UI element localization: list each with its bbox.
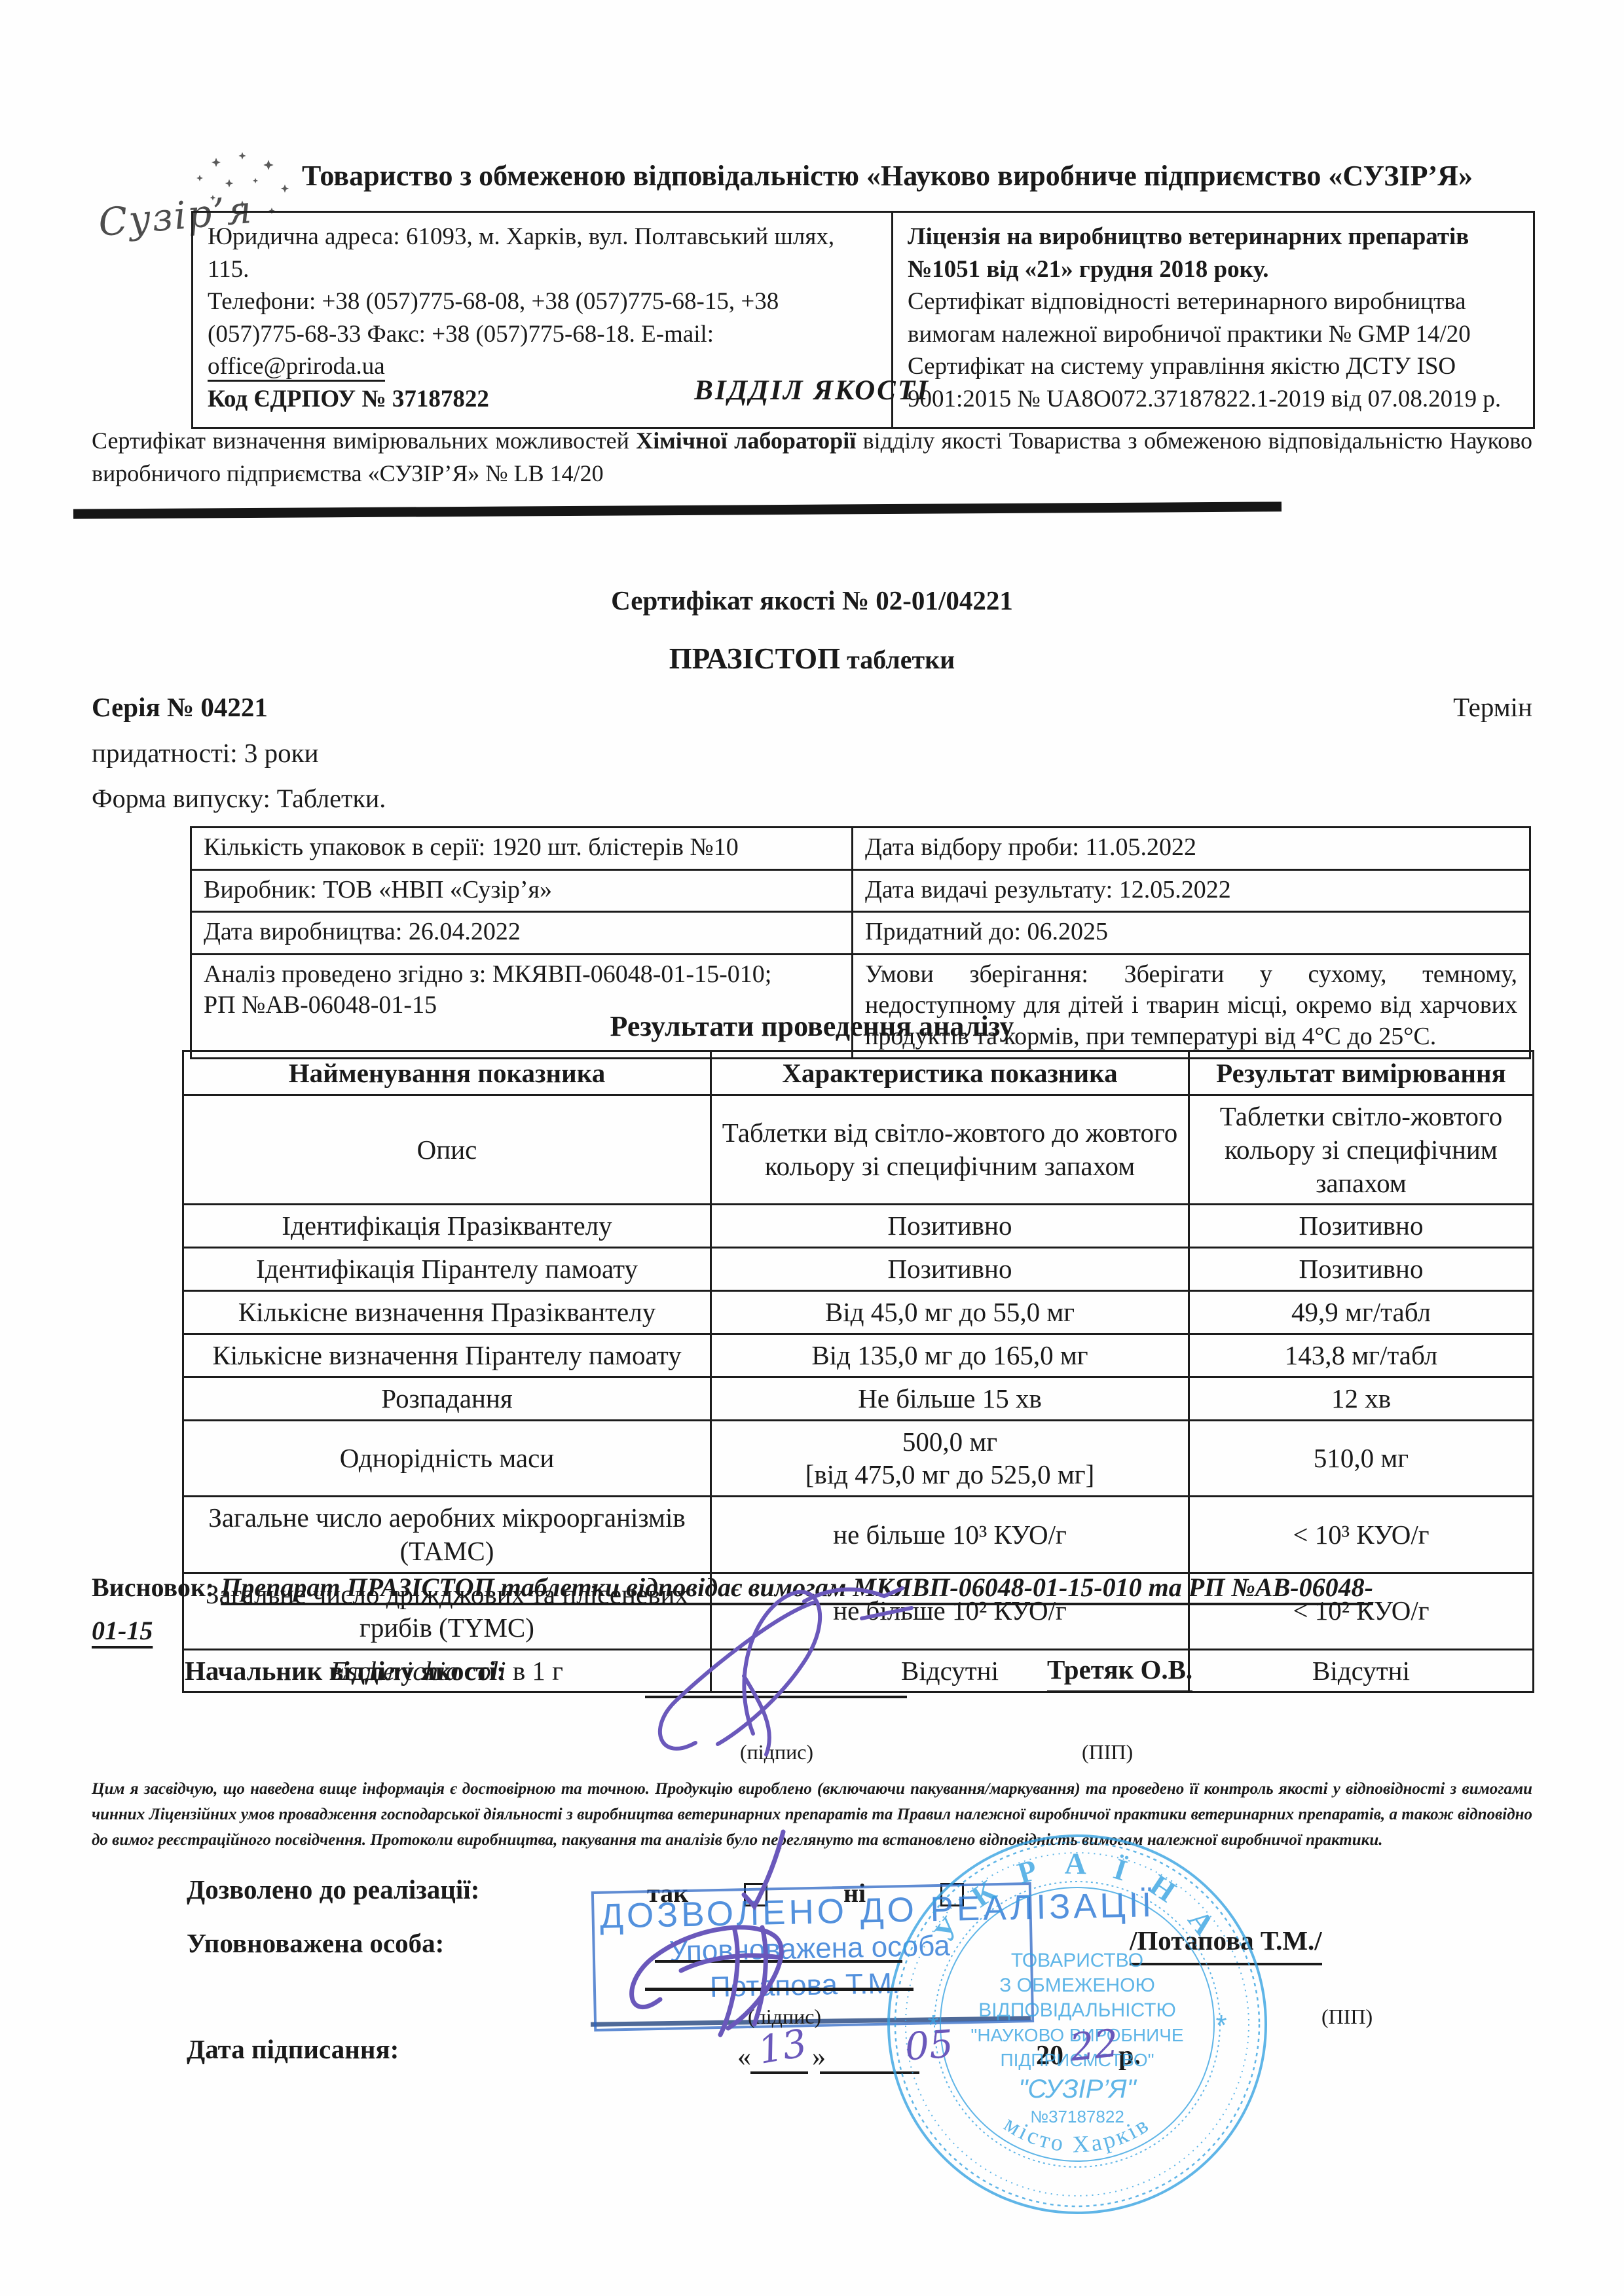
stamp-line3: Потапова Т.М. (710, 1967, 900, 2004)
product-form: таблетки (840, 645, 955, 674)
company-address: Юридична адреса: 61093, м. Харків, вул. … (208, 221, 877, 285)
table-cell: 12 хв (1189, 1377, 1534, 1420)
quality-dept-title: ВІДДІЛ ЯКОСТІ (92, 374, 1532, 407)
allowed-for-sale-label: Дозволено до реалізації: (187, 1874, 479, 1905)
ecoli-name-rest: в 1 г (506, 1656, 563, 1686)
certificate-title: Сертифікат якості № 02-01/04221 (92, 585, 1532, 616)
column-header: Результат вимірювання (1189, 1051, 1534, 1095)
table-cell: Таблетки від світло-жовтого до жовтого к… (711, 1095, 1189, 1205)
table-row: Кількість упаковок в серії: 1920 шт. блі… (191, 828, 1530, 870)
series-number: Серія № 04221 (92, 691, 268, 723)
chief-label: Начальник відділу якості: (185, 1655, 506, 1686)
signature-caption: (підпис) (740, 1740, 813, 1764)
table-row: Ідентифікація Празіквантелу Позитивно По… (183, 1205, 1534, 1248)
quote-close: » (812, 2041, 826, 2073)
table-row: Опис Таблетки від світло-жовтого до жовт… (183, 1095, 1534, 1205)
table-cell: Кількісне визначення Празіквантелу (183, 1291, 711, 1334)
table-cell: Однорідність маси (183, 1420, 711, 1497)
table-cell: Кількісне визначення Пірантелу памоату (183, 1334, 711, 1377)
name-caption: (ПІП) (1321, 2005, 1373, 2029)
table-cell: < 10³ КУО/г (1189, 1497, 1534, 1573)
table-cell: 143,8 мг/табл (1189, 1334, 1534, 1377)
product-title: ПРАЗІСТОП таблетки (92, 642, 1532, 676)
seal-edrpou: №37187822 (1030, 2107, 1124, 2126)
measurement-cert-paragraph: Сертифікат визначення вимірювальних можл… (92, 424, 1532, 490)
table-cell: 500,0 мг [від 475,0 мг до 525,0 мг] (711, 1420, 1189, 1497)
table-cell: Ідентифікація Празіквантелу (183, 1205, 711, 1248)
handwritten-year: 22 (1068, 2020, 1121, 2069)
quote-open: « (737, 2041, 751, 2073)
table-row: Ідентифікація Пірантелу памоату Позитивн… (183, 1248, 1534, 1291)
product-name: ПРАЗІСТОП (669, 642, 840, 675)
table-cell: Кількість упаковок в серії: 1920 шт. блі… (191, 828, 853, 870)
table-cell: Ідентифікація Пірантелу памоату (183, 1248, 711, 1291)
table-cell: Дата відбору проби: 11.05.2022 (853, 828, 1530, 870)
table-cell: Дата видачі результату: 12.05.2022 (853, 869, 1530, 912)
phones-text: Телефони: +38 (057)775-68-08, +38 (057)7… (208, 288, 779, 348)
authorized-signature-line (655, 1960, 902, 1963)
table-row: Однорідність маси 500,0 мг [від 475,0 мг… (183, 1420, 1534, 1497)
measure-bold: Хімічної лабораторії (636, 428, 856, 454)
seal-country-text: У К Р А Ї Н А (927, 1847, 1227, 1948)
table-cell: 510,0 мг (1189, 1420, 1534, 1497)
table-cell: Позитивно (1189, 1248, 1534, 1291)
authorized-person-label: Уповноважена особа: (187, 1927, 444, 1959)
table-cell: Позитивно (711, 1248, 1189, 1291)
certificate-page: Сузір’я Товариство з обмеженою відповіда… (0, 0, 1624, 2296)
table-cell: Загальне число аеробних мікроорганізмів … (183, 1497, 711, 1573)
seal-center-line: ТОВАРИСТВО (1011, 1950, 1143, 1971)
name-caption: (ПІП) (1082, 1740, 1133, 1764)
series-line: Серія № 04221 Термін (92, 691, 1532, 723)
table-cell: Не більше 15 хв (711, 1377, 1189, 1420)
seal-star-right: * (1215, 2009, 1227, 2041)
table-row: Виробник: ТОВ «НВП «Сузір’я» Дата видачі… (191, 869, 1530, 912)
conclusion-text-line2: 01-15 (92, 1616, 153, 1645)
day-underline (750, 2071, 808, 2074)
release-form-line: Форма випуску: Таблетки. (92, 783, 386, 814)
handwritten-day: 13 (755, 2020, 810, 2073)
chief-signature-line (645, 1696, 907, 1698)
table-cell: Таблетки світло-жовтого кольору зі специ… (1189, 1095, 1534, 1205)
table-cell: Виробник: ТОВ «НВП «Сузір’я» (191, 869, 853, 912)
results-title: Результати проведення аналізу (92, 1010, 1532, 1043)
seal-company-name: "СУЗІР’Я" (1018, 2075, 1137, 2104)
table-row: Кількісне визначення Празіквантелу Від 4… (183, 1291, 1534, 1334)
column-header: Характеристика показника (711, 1051, 1189, 1095)
seal-center-line: ВІДПОВІДАЛЬНІСТЮ (978, 1999, 1176, 2021)
table-cell: Позитивно (1189, 1205, 1534, 1248)
table-row: Дата виробництва: 26.04.2022 Придатний д… (191, 912, 1530, 955)
gmp-cert-line: Сертифікат відповідності ветеринарного в… (908, 285, 1519, 350)
table-cell: Від 135,0 мг до 165,0 мг (711, 1334, 1189, 1377)
table-cell: Відсутні (1189, 1649, 1534, 1692)
signing-date-label: Дата підписання: (187, 2033, 399, 2065)
shelf-life-word: Термін (1453, 691, 1532, 723)
company-phones: Телефони: +38 (057)775-68-08, +38 (057)7… (208, 285, 877, 383)
table-header-row: Найменування показника Характеристика по… (183, 1051, 1534, 1095)
shelf-life-line2: придатності: 3 роки (92, 737, 319, 769)
conclusion: Висновок: Препарат ПРАЗІСТОП таблетки ві… (92, 1566, 1539, 1652)
table-cell: Дата виробництва: 26.04.2022 (191, 912, 853, 955)
table-cell: Опис (183, 1095, 711, 1205)
company-title: Товариство з обмеженою відповідальністю … (236, 160, 1539, 193)
divider-rule (73, 501, 1282, 519)
table-cell: Від 45,0 мг до 55,0 мг (711, 1291, 1189, 1334)
chief-name: Третяк О.В. (1047, 1654, 1192, 1693)
license-line: Ліцензія на виробництво ветеринарних пре… (908, 221, 1519, 285)
strike-line (645, 1988, 913, 1991)
table-cell: Придатний до: 06.2025 (853, 912, 1530, 955)
seal-country-arc: У К Р А Ї Н А (927, 1847, 1227, 1948)
conclusion-label: Висновок: (92, 1573, 221, 1602)
attestation-disclaimer: Цим я засвідчую, що наведена вище інформ… (92, 1777, 1532, 1853)
column-header: Найменування показника (183, 1051, 711, 1095)
table-row: Розпадання Не більше 15 хв 12 хв (183, 1377, 1534, 1420)
table-cell: не більше 10³ КУО/г (711, 1497, 1189, 1573)
conclusion-text-line1: Препарат ПРАЗІСТОП таблетки відповідає в… (221, 1573, 1373, 1602)
table-cell: Позитивно (711, 1205, 1189, 1248)
table-cell: Розпадання (183, 1377, 711, 1420)
seal-center-line: З ОБМЕЖЕНОЮ (999, 1975, 1155, 1996)
measure-pre: Сертифікат визначення вимірювальних можл… (92, 428, 636, 454)
table-row: Кількісне визначення Пірантелу памоату В… (183, 1334, 1534, 1377)
handwritten-month: 05 (904, 2022, 955, 2069)
table-cell: 49,9 мг/табл (1189, 1291, 1534, 1334)
table-row: Загальне число аеробних мікроорганізмів … (183, 1497, 1534, 1573)
